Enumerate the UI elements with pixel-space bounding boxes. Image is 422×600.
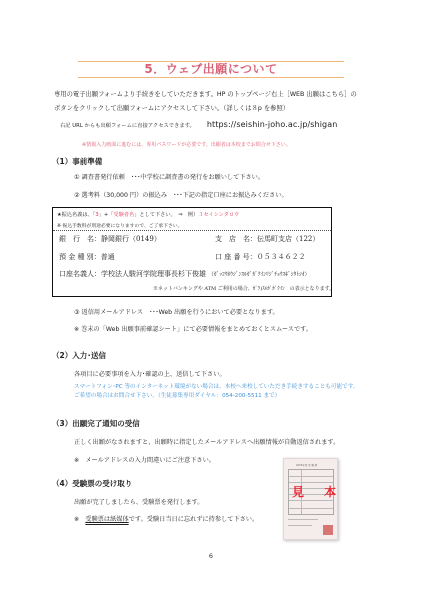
account-holder-value: 学校法人駿河学院理事長杉下俊雄 bbox=[101, 270, 206, 278]
document-page: 5．ウェブ出願について 専用の電子出願フォームより手続きをしていただきます。HP… bbox=[0, 0, 422, 600]
atm-note: ※ネットバンキングや ATM ご利用の場合、ｶﾞｸ)ｽﾙｶﾞｶﾞｸｲﾝ の表示と… bbox=[153, 285, 334, 292]
account-type-label: 預 金 種 別： bbox=[59, 253, 101, 261]
bank-row-2: 預 金 種 別：普通 口 座 番 号：０５３４６２２ bbox=[59, 252, 115, 262]
page-title: 5．ウェブ出願について bbox=[78, 62, 344, 77]
ticket-issue-text: 出願が完了しましたら、受験票を発行します。 bbox=[74, 497, 203, 506]
bank-transfer-box: ★振込名義は、「3」+「受験者名」として下さい。 ⇒ 例）３セイシンタロウ ※ … bbox=[52, 207, 332, 297]
prep-item-2: ② 選考料（30,000 円）の振込み ･･･下記の指定口座にお振込みください。 bbox=[74, 190, 288, 199]
sample-stamp-text: 見 本 bbox=[292, 483, 338, 500]
item-text: 巻末の「Web 出願事前確認シート」にて必要情報をまとめておくとスムースです。 bbox=[81, 326, 312, 333]
section-1-heading: （1）事前準備 bbox=[52, 156, 102, 167]
intro-line-1: 専用の電子出願フォームより手続きをしていただきます。HP のトップページ右上［W… bbox=[54, 88, 374, 102]
branch-label: 支 店 名： bbox=[215, 235, 257, 243]
divider bbox=[53, 230, 331, 231]
url-row: 右記 URL からも出願フォームに直接アクセスできます。https://seis… bbox=[60, 120, 337, 129]
paper-ticket-emphasis: 受験票は紙媒体 bbox=[85, 516, 128, 523]
prep-item-3: ③ 返信用メールアドレス ･･･Web 出願を行うにおいて必要となります。 bbox=[74, 307, 279, 316]
page-number: 6 bbox=[0, 552, 422, 560]
seal-icon bbox=[323, 525, 333, 535]
prep-note: ※ 巻末の「Web 出願事前確認シート」にて必要情報をまとめておくとスムースです… bbox=[74, 324, 312, 333]
item-number: ① bbox=[74, 174, 80, 181]
transfer-name-example: ３セイシンタロウ bbox=[198, 212, 239, 218]
intro-line-2: ボタンをクリックして出願フォームにアクセスして下さい。（詳しくは８p を参照） bbox=[54, 102, 374, 116]
account-type-value: 普通 bbox=[101, 253, 115, 261]
section-3-heading: （3）出願完了通知の受信 bbox=[52, 418, 140, 429]
bank-row-3: 口座名義人：学校法人駿河学院理事長杉下俊雄 （ｶﾞｯｺｳﾎｳｼﾞﾝｽﾙｶﾞｶﾞｸ… bbox=[59, 269, 310, 279]
url-label: 右記 URL からも出願フォームに直接アクセスできます。 bbox=[60, 123, 195, 129]
intro-paragraph: 専用の電子出願フォームより手続きをしていただきます。HP のトップページ右上［W… bbox=[54, 88, 374, 116]
section-title-box: 5．ウェブ出願について bbox=[78, 61, 344, 78]
transfer-name-note: ★振込名義は、「3」+「受験者名」として下さい。 ⇒ 例）３セイシンタロウ bbox=[57, 211, 239, 218]
application-url-link[interactable]: https://seishin-joho.ac.jp/shigan bbox=[207, 120, 338, 129]
item-text: 返信用メールアドレス ･･･Web 出願を行うにおいて必要となります。 bbox=[82, 309, 279, 316]
bank-row-1: 銀 行 名：静岡銀行（0149） 支 店 名：伝馬町支店（122） bbox=[59, 234, 161, 244]
section-4-heading: （4）受験票の受け取り bbox=[52, 478, 132, 489]
item-text: 調査書発行依頼 ･･･中学校に調査書の発行をお願いして下さい。 bbox=[82, 174, 265, 181]
prep-item-1: ① 調査書発行依頼 ･･･中学校に調査書の発行をお願いして下さい。 bbox=[74, 172, 264, 181]
item-number: ③ bbox=[74, 309, 80, 316]
ticket-title: 2025年度 受 験 票 bbox=[296, 463, 317, 467]
offline-option-line-2: ご希望の場合はお問合せ下さい。（生徒募集専用ダイヤル：054-200-5511 … bbox=[74, 392, 280, 401]
input-submit-text: 各項目に必要事項を入力･確認の上、送信して下さい。 bbox=[74, 369, 226, 378]
offline-option-line-1: スマートフォン･PC 等のインターネット環境がない場合は、本校へ来校していただき… bbox=[74, 383, 358, 392]
branch-value: 伝馬町支店（122） bbox=[257, 235, 319, 243]
bank-name-label: 銀 行 名： bbox=[59, 235, 101, 243]
account-holder-kana: （ｶﾞｯｺｳﾎｳｼﾞﾝｽﾙｶﾞｶﾞｸｲﾝﾘｼﾞﾁｮｳｽｷﾞｼﾀﾄｼｵ） bbox=[208, 272, 310, 278]
email-caution-note: ※ メールアドレスの入力間違いにご注意下さい。 bbox=[74, 455, 215, 464]
account-number-label: 口 座 番 号： bbox=[215, 253, 257, 261]
fee-note: ※ 振込手数料が別途必要になりますので、ご了承下さい。 bbox=[57, 222, 182, 229]
sample-exam-ticket-image: 2025年度 受 験 票 見 本 bbox=[283, 458, 338, 540]
account-number-value: ０５３４６２２ bbox=[257, 253, 306, 261]
item-number: ② bbox=[74, 192, 80, 199]
bank-name-value: 静岡銀行（0149） bbox=[101, 235, 161, 243]
account-holder-label: 口座名義人： bbox=[59, 270, 101, 278]
completion-text: 正しく出願がなされますと、出願時に指定したメールアドレスへ出願情報が自動返信され… bbox=[74, 437, 339, 446]
ticket-note: ※ 受験票は紙媒体です。受験日当日に忘れずに持参して下さい。 bbox=[74, 514, 258, 523]
item-text: 選考料（30,000 円）の振込み ･･･下記の指定口座にお振込みください。 bbox=[82, 192, 288, 199]
password-note: ※情報入力画面に進むには、専用パスワードが必要です。出願者は本校までお問合せ下さ… bbox=[82, 141, 291, 148]
section-2-heading: （2）入力･送信 bbox=[52, 350, 106, 361]
item-number: ※ bbox=[74, 326, 79, 333]
